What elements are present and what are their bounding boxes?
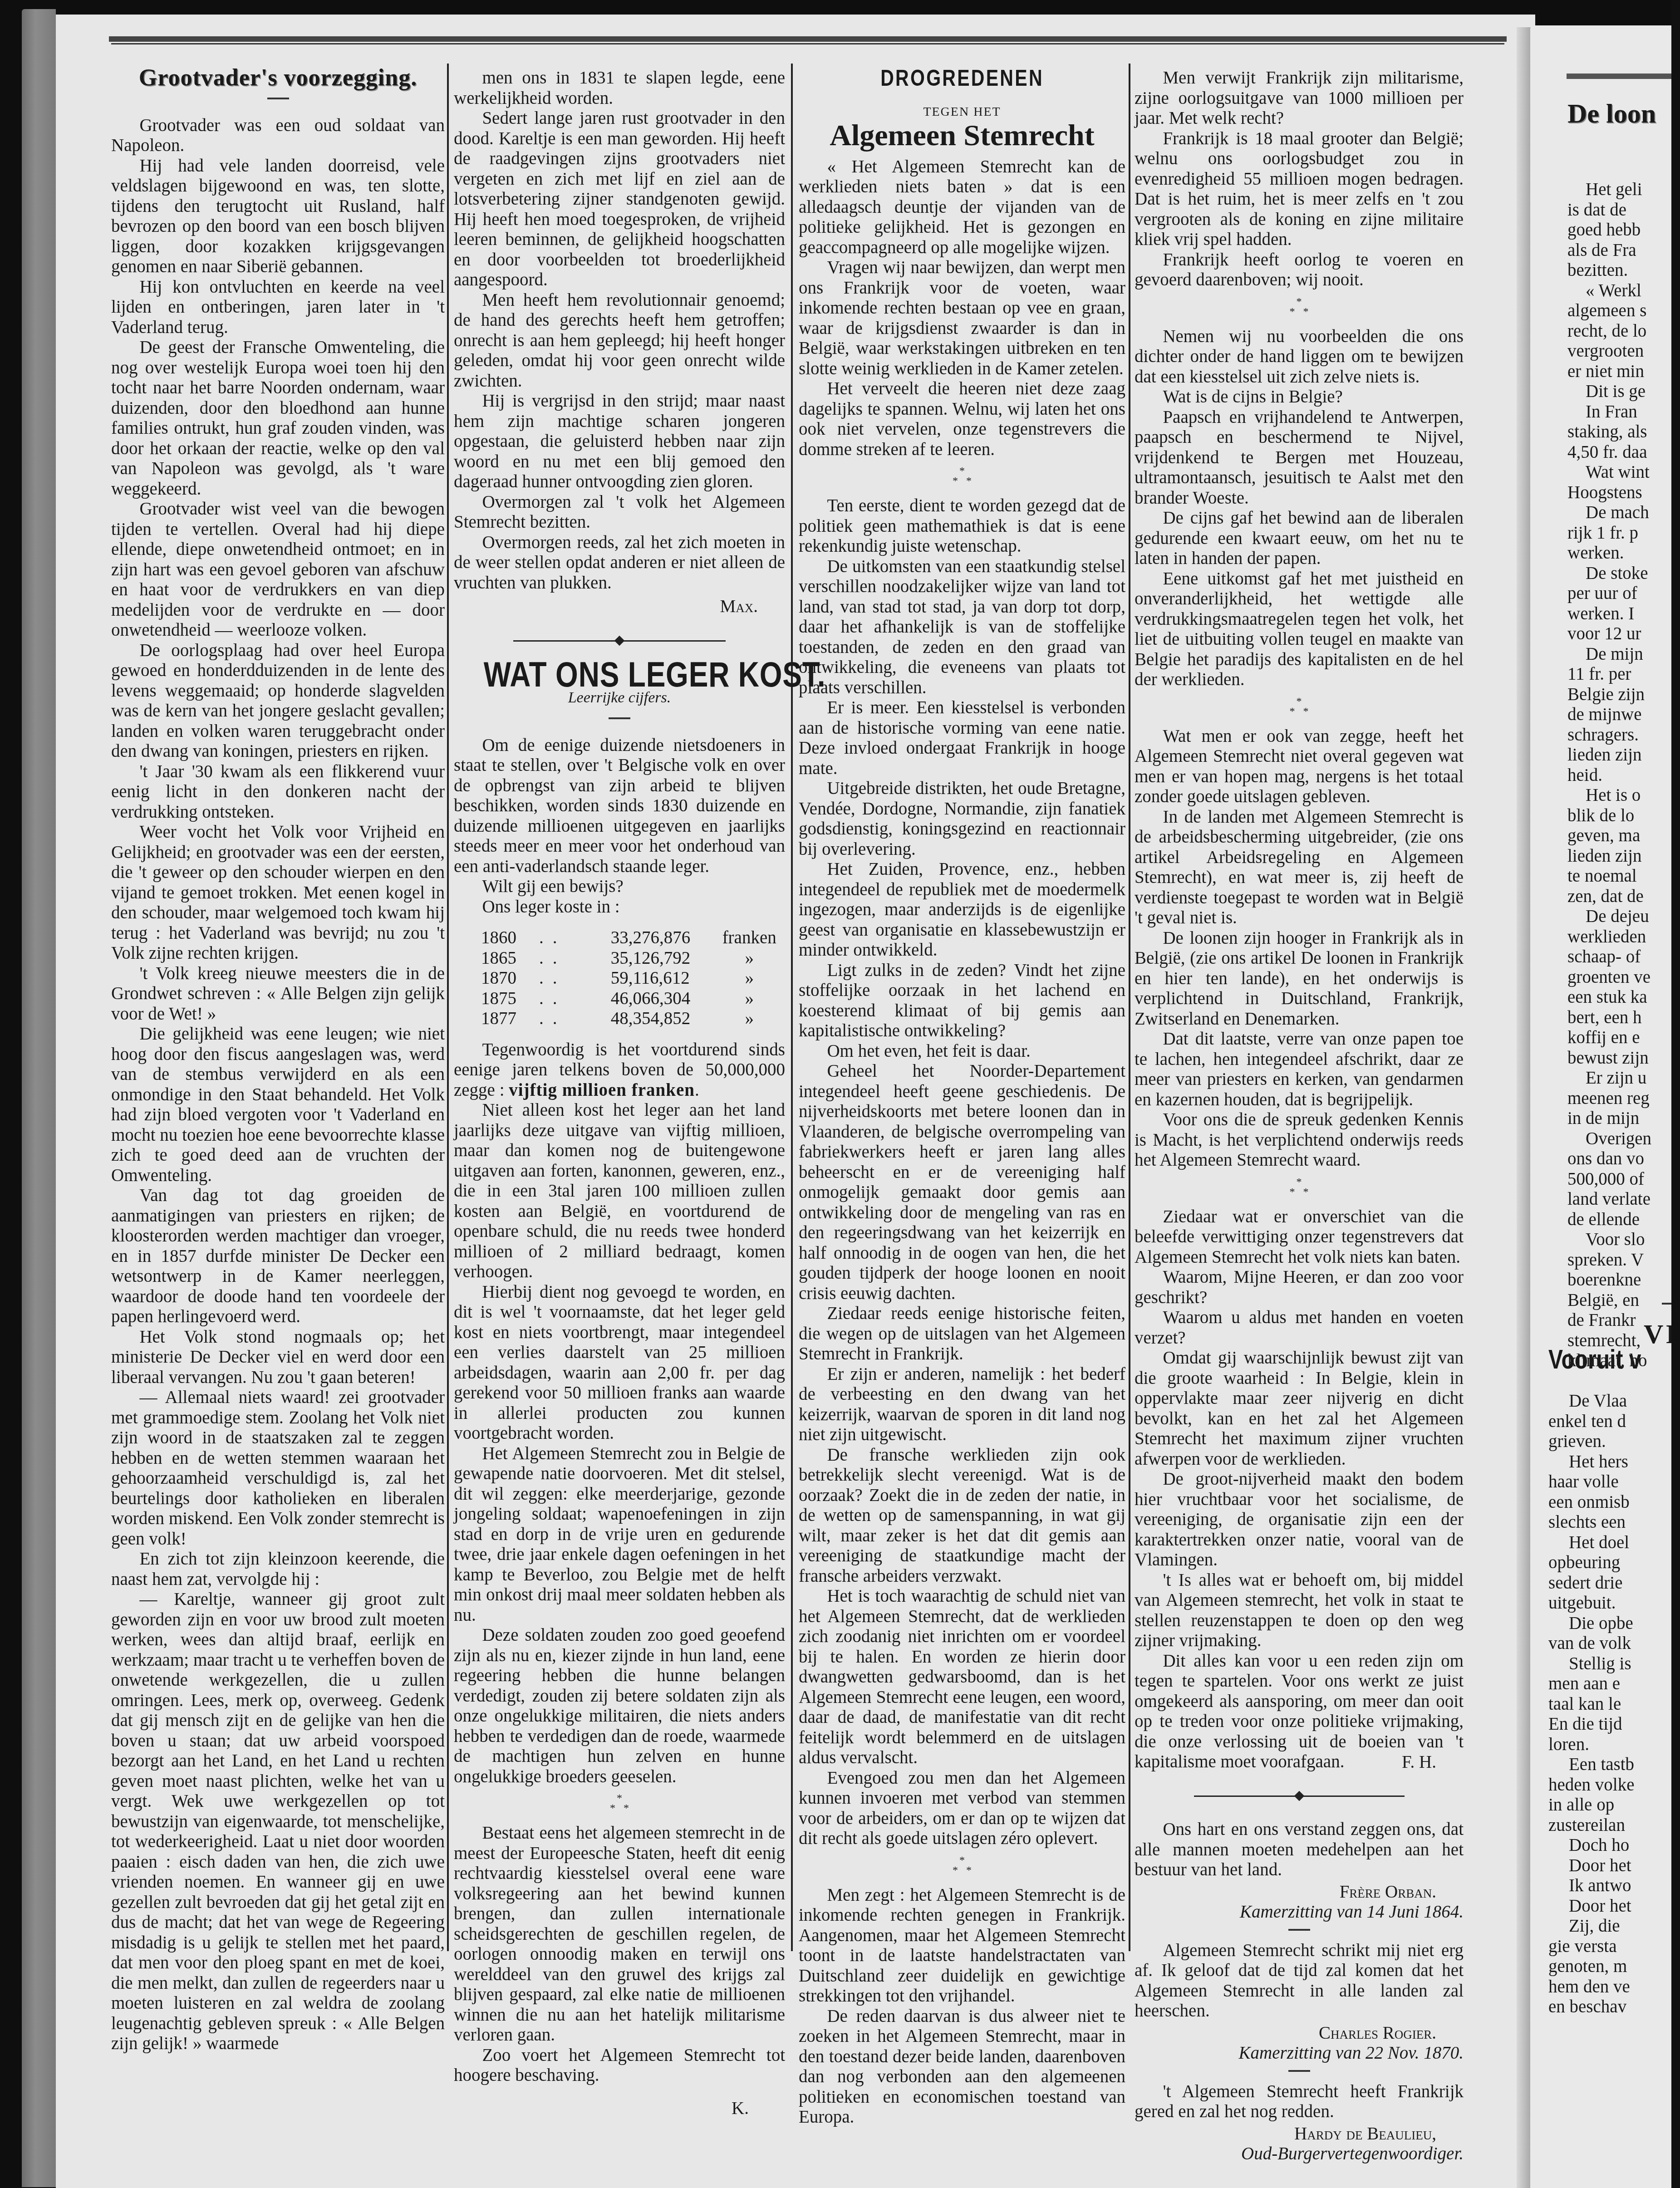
paragraph: Het is toch waarachtig de schuld niet va… bbox=[799, 1586, 1125, 1768]
asterism: ** * bbox=[1135, 297, 1464, 317]
quote-author: Frère Orban. bbox=[1135, 1882, 1464, 1903]
asterism: ** * bbox=[1135, 1177, 1464, 1197]
text-line-fragment: De dejeu bbox=[1567, 907, 1671, 927]
cell-unit: » bbox=[713, 989, 785, 1009]
article-title-fragment: De loon bbox=[1567, 98, 1656, 129]
paragraph: Geheel het Noorder-Departement integende… bbox=[799, 1061, 1125, 1304]
paragraph: Bestaat eens het algemeen stemrecht in d… bbox=[454, 1823, 785, 2046]
title-rule bbox=[267, 98, 289, 99]
quote-text: 't Algemeen Stemrecht heeft Frankrijk ge… bbox=[1135, 2082, 1464, 2122]
text-line-fragment: een onmisb bbox=[1548, 1492, 1671, 1513]
paragraph: Het verveelt die heeren niet deze zaag d… bbox=[799, 379, 1125, 460]
text-line-fragment: geven, ma bbox=[1567, 826, 1671, 846]
text-line-fragment: Het hers bbox=[1548, 1452, 1671, 1472]
paragraph: Wat men er ook van zegge, heeft het Alge… bbox=[1135, 726, 1464, 807]
article-body-continued: men ons in 1831 te slapen legde, eene we… bbox=[454, 68, 785, 593]
paragraph: Voor ons die de spreuk gedenken Kennis i… bbox=[1135, 1110, 1464, 1171]
asterism: ** * bbox=[799, 466, 1125, 486]
cell-amount: 46,066,304 bbox=[611, 989, 714, 1009]
paragraph: De oorlogsplaag had over heel Europa gew… bbox=[111, 641, 445, 762]
cell-unit: » bbox=[713, 948, 785, 969]
paragraph: Uitgebreide distrikten, het oude Bretagn… bbox=[799, 779, 1125, 859]
column-divider bbox=[791, 64, 793, 1951]
paragraph: Waarom u aldus met handen en voeten verz… bbox=[1135, 1308, 1464, 1348]
paragraph: Zoo voert het Algemeen Stemrecht tot hoo… bbox=[454, 2046, 785, 2086]
paragraph: Niet alleen kost het leger aan het land … bbox=[454, 1100, 785, 1282]
cell-amount: 33,276,876 bbox=[611, 928, 714, 948]
paragraph: Hij had vele landen doorreisd, vele veld… bbox=[111, 156, 445, 277]
table-row: 1877..48,354,852» bbox=[481, 1009, 785, 1029]
text-line-fragment: recht, de lo bbox=[1567, 321, 1671, 342]
text-line-fragment: Ik antwo bbox=[1548, 1876, 1671, 1896]
leader-dots: .. bbox=[539, 948, 611, 969]
article-body: Men verwijt Frankrijk zijn militarisme, … bbox=[1135, 68, 1464, 290]
paragraph: Grootvader was een oud soldaat van Napol… bbox=[111, 116, 445, 156]
text-line-fragment: zustereilan bbox=[1548, 1815, 1671, 1836]
text-line-fragment: gie versta bbox=[1548, 1937, 1671, 1957]
text-line-fragment: Die opbe bbox=[1548, 1614, 1671, 1634]
text-line-fragment: in alle op bbox=[1548, 1795, 1671, 1815]
paragraph: Frankrijk heeft oorlog te voeren en gevo… bbox=[1135, 250, 1464, 290]
quote-author: Charles Rogier. bbox=[1135, 2023, 1464, 2044]
quotations-block: Ons hart en ons verstand zeggen ons, dat… bbox=[1135, 1820, 1464, 2164]
asterism: ** * bbox=[1135, 697, 1464, 716]
text-line-fragment: Doch ho bbox=[1548, 1835, 1671, 1856]
text-line-fragment: staking, als bbox=[1567, 422, 1671, 442]
text-line-fragment: heden volke bbox=[1548, 1775, 1671, 1796]
text-line-fragment: 500,000 of bbox=[1567, 1169, 1671, 1190]
text-line-fragment: In Fran bbox=[1567, 402, 1671, 422]
paragraph: Het Volk stond nogmaals op; het minister… bbox=[111, 1327, 445, 1388]
paragraph: De reden daarvan is dus alweer niet te z… bbox=[799, 2006, 1125, 2128]
text-line-fragment: de ellende bbox=[1567, 1210, 1671, 1230]
paragraph: Hierbij dient nog gevoegd te worden, en … bbox=[454, 1282, 785, 1444]
table-row: 1865..35,126,792» bbox=[481, 948, 785, 969]
paragraph: Die gelijkheid was eene leugen; wie niet… bbox=[111, 1024, 445, 1186]
paragraph: Omdat gij waarschijnlijk bewust zijt van… bbox=[1135, 1348, 1464, 1469]
quote-text: Ons hart en ons verstand zeggen ons, dat… bbox=[1135, 1820, 1464, 1880]
text-line-fragment: opbeuring bbox=[1548, 1553, 1671, 1573]
paragraph: Ziedaar reeds eenige historische feiten,… bbox=[799, 1304, 1125, 1364]
quote-text: Algemeen Stemrecht schrikt mij niet erg … bbox=[1135, 1941, 1464, 2021]
article-body: Ten eerste, dient te worden gezegd dat d… bbox=[799, 496, 1125, 1849]
text-line-fragment: 4,50 fr. daa bbox=[1567, 442, 1671, 463]
quote-divider bbox=[1288, 2070, 1310, 2072]
text-line-fragment: 11 fr. per bbox=[1567, 664, 1671, 685]
article-title: Algemeen Stemrecht bbox=[799, 126, 1125, 146]
paragraph: Sedert lange jaren rust grootvader in de… bbox=[454, 108, 785, 290]
column-grootvader: Grootvader's voorzegging. Grootvader was… bbox=[111, 64, 445, 2054]
article-body: Men zegt : het Algemeen Stemrecht is de … bbox=[799, 1885, 1125, 2128]
text-line-fragment: per uur of bbox=[1567, 584, 1671, 604]
text-line-fragment: De Vlaa bbox=[1548, 1391, 1671, 1412]
text-line-fragment: genoten, m bbox=[1548, 1957, 1671, 1977]
paragraph: Men heeft hem revolutionnair genoemd; de… bbox=[454, 290, 785, 392]
paragraph: De cijns gaf het bewind aan de liberalen… bbox=[1135, 508, 1464, 569]
paragraph: 't Volk kreeg nieuwe meesters die in de … bbox=[111, 964, 445, 1025]
cell-year: 1875 bbox=[481, 989, 539, 1009]
cell-unit: » bbox=[713, 968, 785, 989]
text-line-fragment: spreken. V bbox=[1567, 1250, 1671, 1271]
paragraph: 't Is alles wat er behoeft om, bij midde… bbox=[1135, 1570, 1464, 1651]
text-line-fragment: te noemal bbox=[1567, 866, 1671, 887]
text-line-fragment: schragers. bbox=[1567, 725, 1671, 746]
quote-divider bbox=[1288, 1929, 1310, 1931]
top-double-rule bbox=[109, 36, 1507, 43]
text-line-fragment: goed hebb bbox=[1567, 220, 1671, 240]
signature-k: K. bbox=[454, 2099, 785, 2119]
text-line-fragment: lieden zijn bbox=[1567, 846, 1671, 867]
text-line-fragment: Er zijn u bbox=[1567, 1068, 1671, 1089]
cell-amount: 35,126,792 bbox=[611, 948, 714, 969]
text-line-fragment: rijk 1 fr. p bbox=[1567, 523, 1671, 544]
text-line-fragment: enkel ten d bbox=[1548, 1412, 1671, 1432]
text-line-fragment: in de mijn bbox=[1567, 1109, 1671, 1129]
text-line-fragment: « Werkl bbox=[1567, 281, 1671, 301]
text-line-fragment: bezitten. bbox=[1567, 260, 1671, 281]
text-line-fragment: als de Fra bbox=[1567, 240, 1671, 261]
text-line-fragment: vergrooten bbox=[1567, 341, 1671, 362]
text-line-fragment: zen, dat de bbox=[1567, 887, 1671, 907]
table-row: 1870..59,116,612» bbox=[481, 968, 785, 989]
fifty-million-paragraph: Tegenwoordig is het voortdurend sinds ee… bbox=[454, 1040, 785, 1101]
paragraph: men ons in 1831 te slapen legde, eene we… bbox=[454, 68, 785, 108]
paragraph: Grootvader wist veel van die bewogen tij… bbox=[111, 499, 445, 641]
leader-dots: .. bbox=[539, 928, 611, 948]
paragraph: Wat is de cijns in Belgie? bbox=[1135, 387, 1464, 407]
text-line-fragment: loren. bbox=[1548, 1735, 1671, 1755]
cell-year: 1877 bbox=[481, 1009, 539, 1029]
paragraph: Ten eerste, dient te worden gezegd dat d… bbox=[799, 496, 1125, 557]
text-line-fragment: Voor slo bbox=[1567, 1230, 1671, 1250]
text-line-fragment: van de volk bbox=[1548, 1634, 1671, 1654]
text-line-fragment: werken. I bbox=[1567, 604, 1671, 624]
paragraph: Het Zuiden, Provence, enz., hebben integ… bbox=[799, 859, 1125, 961]
cell-unit: » bbox=[713, 1009, 785, 1029]
article-body-fragment: De Vlaaenkel ten dgrieven.Het hershaar v… bbox=[1548, 1391, 1671, 2017]
quote-source: Oud-Burgervertegenwoordiger. bbox=[1135, 2144, 1464, 2164]
text-line-fragment: voor 12 ur bbox=[1567, 624, 1671, 644]
article-title-fragment: Vooruit v bbox=[1548, 1344, 1641, 1375]
article-body: Grootvader was een oud soldaat van Napol… bbox=[111, 116, 445, 2054]
text-line-fragment: Zij, die bbox=[1548, 1916, 1671, 1937]
paragraph: Nemen wij nu voorbeelden die ons dichter… bbox=[1135, 327, 1464, 388]
text-line-fragment: Het is o bbox=[1567, 785, 1671, 806]
text-line-fragment: blik de lo bbox=[1567, 806, 1671, 826]
article-kicker: DROGREDENEN bbox=[828, 68, 1096, 88]
paragraph: — Allemaal niets waard! zei grootvader m… bbox=[111, 1388, 445, 1549]
paragraph: Evengoed zou men dan het Algemeen kunnen… bbox=[799, 1768, 1125, 1849]
paragraph: Frankrijk is 18 maal grooter dan België;… bbox=[1135, 129, 1464, 250]
paragraph: Paapsch en vrijhandelend te Antwerpen, p… bbox=[1135, 407, 1464, 509]
paragraph: Er is meer. Een kiesstelsel is verbonden… bbox=[799, 698, 1125, 779]
book-binding-edge bbox=[22, 9, 56, 2187]
paragraph: Van dag tot dag groeiden de aanmatiginge… bbox=[111, 1186, 445, 1327]
paragraph: Om het even, het feit is daar. bbox=[799, 1041, 1125, 1062]
text-line-fragment: heid. bbox=[1567, 765, 1671, 786]
text-line-fragment: Een tastb bbox=[1548, 1755, 1671, 1775]
paragraph: Ziedaar wat er onverschiet van die belee… bbox=[1135, 1207, 1464, 1268]
asterism: ** * bbox=[799, 1855, 1125, 1875]
question-line: Wilt gij een bewijs? bbox=[454, 877, 785, 897]
paragraph: De uitkomsten van een staatkundig stelse… bbox=[799, 557, 1125, 698]
text-line-fragment: De mach bbox=[1567, 503, 1671, 523]
section-title-fragment: VL bbox=[1644, 1319, 1671, 1350]
paragraph: Hij is vergrijsd in den strijd; maar naa… bbox=[454, 391, 785, 492]
column-divider bbox=[447, 64, 449, 1951]
quote-source: Kamerzitting van 22 Nov. 1870. bbox=[1135, 2043, 1464, 2064]
paragraph: Men zegt : het Algemeen Stemrecht is de … bbox=[799, 1885, 1125, 2006]
text-line-fragment: boerenkne bbox=[1567, 1270, 1671, 1290]
text-line-fragment: algemeen s bbox=[1567, 301, 1671, 321]
paragraph: Deze soldaten zouden zoo goed geoefend z… bbox=[454, 1625, 785, 1787]
text-line-fragment: Het doel bbox=[1548, 1533, 1671, 1553]
leader-dots: .. bbox=[539, 1009, 611, 1029]
cell-year: 1870 bbox=[481, 968, 539, 989]
ornament-divider bbox=[1135, 1791, 1464, 1801]
paragraph: De fransche werklieden zijn ook betrekke… bbox=[799, 1445, 1125, 1587]
article-body: Wat men er ook van zegge, heeft het Alge… bbox=[1135, 726, 1464, 1171]
paragraph: Overmorgen reeds, zal het zich moeten in… bbox=[454, 533, 785, 594]
paragraph: De geest der Fransche Omwenteling, die n… bbox=[111, 338, 445, 499]
paragraph: De groot-nijverheid maakt den bodem hier… bbox=[1135, 1469, 1464, 1570]
text-line-fragment: bewust zijn bbox=[1567, 1048, 1671, 1069]
paragraph: Waarom, Mijne Heeren, er dan zoo voor ge… bbox=[1135, 1267, 1464, 1308]
article-body: Niet alleen kost het leger aan het land … bbox=[454, 1100, 785, 1787]
leader-dots: .. bbox=[539, 968, 611, 989]
paragraph: Vragen wij naar bewijzen, dan werpt men … bbox=[799, 258, 1125, 379]
article-body: Nemen wij nu voorbeelden die ons dichter… bbox=[1135, 327, 1464, 690]
text-line-fragment: Het geli bbox=[1567, 180, 1671, 200]
next-page-partial: De loon Het geliis dat degoed hebbals de… bbox=[1530, 25, 1671, 2188]
leader-dots: .. bbox=[539, 989, 611, 1009]
text-line-fragment: Overigen bbox=[1567, 1129, 1671, 1149]
army-cost-table: 1860..33,276,876franken1865..35,126,792»… bbox=[481, 928, 785, 1029]
text-line-fragment: sedert drie bbox=[1548, 1573, 1671, 1594]
cell-amount: 48,354,852 bbox=[611, 1009, 714, 1029]
question-line: Ons leger koste in : bbox=[454, 897, 785, 917]
table-row: 1860..33,276,876franken bbox=[481, 928, 785, 948]
ornament-divider bbox=[454, 635, 785, 646]
paragraph: Men verwijt Frankrijk zijn militarisme, … bbox=[1135, 68, 1464, 129]
emphasis-phrase: vijftig millioen franken bbox=[509, 1080, 695, 1100]
text-line-fragment: België, en bbox=[1567, 1290, 1671, 1311]
text-line-fragment: een stuk ka bbox=[1567, 987, 1671, 1008]
text-line-fragment: de mijnwe bbox=[1567, 705, 1671, 725]
top-double-rule bbox=[1567, 74, 1671, 79]
text-line-fragment: meenen reg bbox=[1567, 1089, 1671, 1109]
intro-paragraph: Om de eenige duizende nietsdoeners in st… bbox=[454, 736, 785, 877]
article-body: Ziedaar wat er onverschiet van die belee… bbox=[1135, 1207, 1464, 1772]
title-rule bbox=[1662, 1303, 1671, 1305]
article-body: « Het Algemeen Stemrecht kan de werklied… bbox=[799, 157, 1125, 460]
text-line-fragment: groenten ve bbox=[1567, 967, 1671, 988]
paragraph: Er zijn er anderen, namelijk : het beder… bbox=[799, 1364, 1125, 1445]
cell-year: 1865 bbox=[481, 948, 539, 969]
text-line-fragment: uitgebuit. bbox=[1548, 1593, 1671, 1614]
article-title-leger: WAT ONS LEGER KOST. bbox=[484, 664, 756, 685]
article-body: Bestaat eens het algemeen stemrecht in d… bbox=[454, 1823, 785, 2086]
signature-max: Max. bbox=[454, 597, 785, 617]
paragraph: Weer vocht het Volk voor Vrijheid en Gel… bbox=[111, 822, 445, 964]
text-line-fragment: hem den ve bbox=[1548, 1977, 1671, 1997]
paragraph: In de landen met Algemeen Stemrecht is d… bbox=[1135, 807, 1464, 928]
text-line-fragment: Wat wint bbox=[1567, 462, 1671, 483]
text-line-fragment: Door het bbox=[1548, 1896, 1671, 1917]
text-line-fragment: Hoogstens bbox=[1567, 483, 1671, 503]
scan-border bbox=[1671, 0, 1680, 2188]
column-divider bbox=[1129, 64, 1130, 1951]
column-drogredenen-continued: Men verwijt Frankrijk zijn militarisme, … bbox=[1135, 68, 1464, 2164]
paragraph: — Kareltje, wanneer gij groot zult gewor… bbox=[111, 1589, 445, 2054]
paragraph: 't Jaar '30 kwam als een flikkerend vuur… bbox=[111, 762, 445, 823]
title-rule bbox=[609, 717, 630, 719]
cell-year: 1860 bbox=[481, 928, 539, 948]
paragraph: « Het Algemeen Stemrecht kan de werklied… bbox=[799, 157, 1125, 258]
paragraph: Ligt zulks in de zeden? Vindt het zijne … bbox=[799, 961, 1125, 1041]
column-leger: men ons in 1831 te slapen legde, eene we… bbox=[454, 68, 785, 2122]
table-row: 1875..46,066,304» bbox=[481, 989, 785, 1009]
text-line-fragment: En die tijd bbox=[1548, 1714, 1671, 1735]
text-line-fragment: werklieden bbox=[1567, 927, 1671, 947]
column-drogredenen: DROGREDENEN TEGEN HET Algemeen Stemrecht… bbox=[799, 68, 1125, 2128]
paragraph: Hij kon ontvluchten en keerde na veel li… bbox=[111, 277, 445, 338]
text-line-fragment: De stoke bbox=[1567, 564, 1671, 584]
text-line-fragment: Door het bbox=[1548, 1856, 1671, 1876]
text-line-fragment: werken. bbox=[1567, 543, 1671, 564]
paragraph: Het Algemeen Stemrecht zou in Belgie de … bbox=[454, 1444, 785, 1626]
cell-unit: franken bbox=[713, 928, 785, 948]
text-line-fragment: er niet min bbox=[1567, 362, 1671, 382]
paragraph: Dat dit laatste, verre van onze papen to… bbox=[1135, 1029, 1464, 1110]
paragraph: Eene uitkomst gaf het met juistheid en o… bbox=[1135, 569, 1464, 690]
text-line-fragment: slechts een bbox=[1548, 1512, 1671, 1533]
article-body-fragment: Het geliis dat degoed hebbals de Frabezi… bbox=[1567, 180, 1671, 1371]
asterism: ** * bbox=[454, 1793, 785, 1813]
text-line-fragment: lieden zijn bbox=[1567, 745, 1671, 765]
text-line-fragment: en beschav bbox=[1548, 1997, 1671, 2017]
text-line-fragment: is dat de bbox=[1567, 200, 1671, 221]
text-line-fragment: Dit is ge bbox=[1567, 382, 1671, 402]
text-line-fragment: men aan e bbox=[1548, 1674, 1671, 1694]
quote-source: Kamerzitting van 14 Juni 1864. bbox=[1135, 1902, 1464, 1923]
paragraph: En zich tot zijn kleinzoon keerende, die… bbox=[111, 1549, 445, 1589]
text-line-fragment: schaap- of bbox=[1567, 947, 1671, 967]
text-line-fragment: bert, een h bbox=[1567, 1008, 1671, 1028]
paragraph: Overmorgen zal 't volk het Algemeen Stem… bbox=[454, 492, 785, 533]
text-line-fragment: haar volle bbox=[1548, 1472, 1671, 1492]
paragraph: De loonen zijn hooger in Frankrijk als i… bbox=[1135, 928, 1464, 1030]
article-title: Grootvader's voorzegging. bbox=[111, 68, 445, 88]
text-line-fragment: De mijn bbox=[1567, 644, 1671, 665]
cell-amount: 59,116,612 bbox=[611, 968, 714, 989]
text-line-fragment: Stellig is bbox=[1548, 1654, 1671, 1674]
text-line-fragment: grieven. bbox=[1548, 1432, 1671, 1452]
text-line-fragment: ons dan vo bbox=[1567, 1149, 1671, 1169]
text-line-fragment: Belgie zijn bbox=[1567, 685, 1671, 705]
text-line-fragment: land verlate bbox=[1567, 1189, 1671, 1210]
quote-author: Hardy de Beaulieu, bbox=[1135, 2124, 1464, 2144]
text-line-fragment: koffij en e bbox=[1567, 1028, 1671, 1048]
text-line-fragment: taal kan le bbox=[1548, 1694, 1671, 1715]
